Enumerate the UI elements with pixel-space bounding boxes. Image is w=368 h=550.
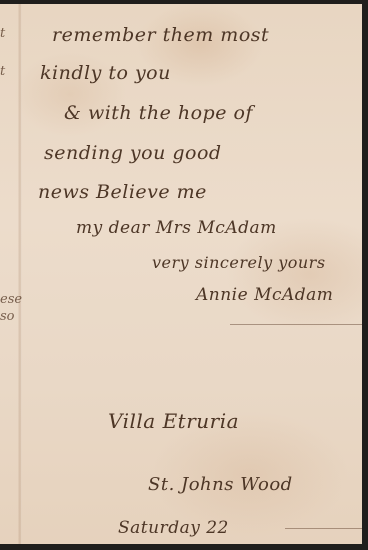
letter-line: kindly to you [40, 62, 171, 84]
address-line: St. Johns Wood [148, 474, 293, 495]
margin-fragment: t [0, 64, 5, 79]
signature-rule [230, 324, 362, 325]
scan-frame: t t ese so remember them most kindly to … [0, 0, 368, 550]
margin-fragment: so [0, 309, 15, 324]
letter-line: news Believe me [38, 181, 207, 203]
margin-fragment: t [0, 26, 5, 41]
date-line: Saturday 22 [118, 518, 229, 538]
signature: Annie McAdam [196, 285, 333, 305]
letter-line: sending you good [44, 142, 222, 164]
date-rule [285, 528, 362, 529]
letter-line: remember them most [52, 24, 269, 46]
page-fold [18, 4, 22, 544]
letter-line: & with the hope of [64, 102, 253, 124]
address-line: Villa Etruria [108, 409, 239, 433]
letter-page: t t ese so remember them most kindly to … [0, 4, 362, 544]
closing-line: very sincerely yours [152, 253, 326, 272]
margin-fragment: ese [0, 292, 22, 307]
letter-line: my dear Mrs McAdam [76, 218, 277, 238]
